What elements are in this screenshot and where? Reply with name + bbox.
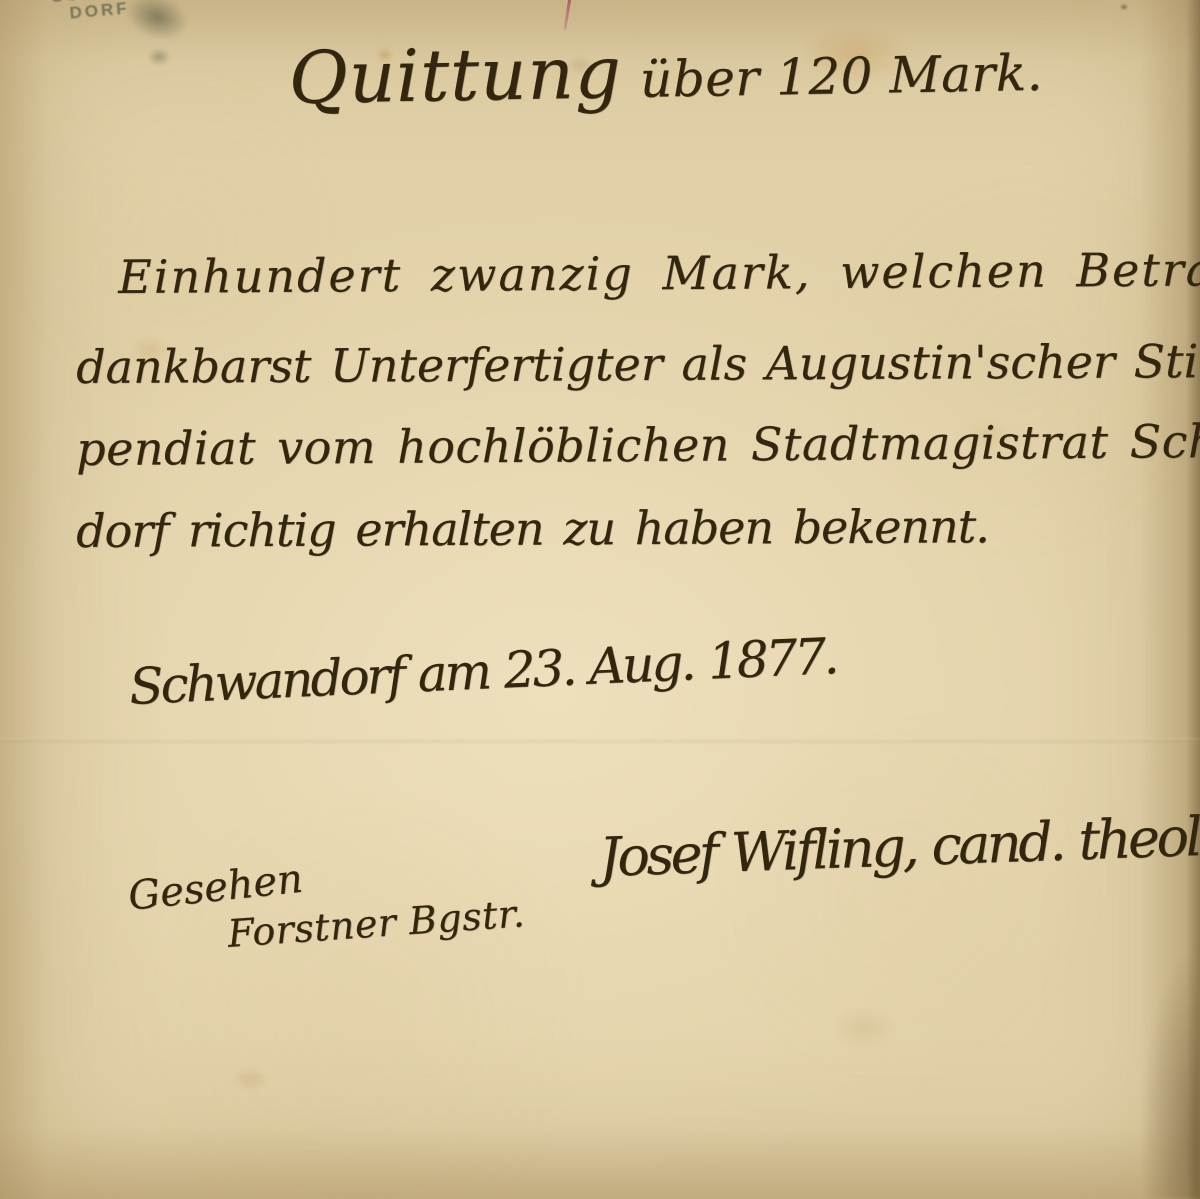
stamp-line: DORF bbox=[52, 0, 147, 24]
paper-texture bbox=[0, 0, 1200, 1199]
foxing-spot bbox=[820, 1000, 910, 1056]
red-pen-mark bbox=[563, 0, 571, 30]
dateline: Schwandorf am 23. Aug. 1877. bbox=[128, 627, 837, 716]
title-word-quittung: Quittung bbox=[288, 30, 623, 120]
document-title: Quittungüber 120 Mark. bbox=[288, 23, 1044, 120]
foxing-spot bbox=[226, 1062, 276, 1096]
stamp-speckle bbox=[142, 44, 176, 70]
scanned-receipt-page: SCHWAN DORF Quittungüber 120 Mark. Einhu… bbox=[0, 0, 1200, 1199]
paper-right-edge-shadow bbox=[1186, 0, 1200, 1199]
archive-stamp: SCHWAN DORF bbox=[51, 0, 147, 24]
foxing-spot bbox=[1118, 2, 1130, 12]
paper-corner-shadow bbox=[1130, 899, 1200, 1199]
stamp-smudge bbox=[107, 0, 207, 58]
title-amount: über 120 Mark. bbox=[639, 44, 1043, 109]
fold-crease bbox=[0, 738, 1200, 744]
body-line-1: Einhundert zwanzig Mark, welchen Betrag bbox=[118, 242, 1200, 304]
body-line-3: pendiat vom hochlöblichen Stadtmagistrat… bbox=[76, 413, 1200, 476]
stamp-line-partial: SCHWAN bbox=[51, 0, 146, 6]
signature: Josef Wifling, cand. theol. bbox=[598, 805, 1200, 889]
body-line-4: dorf richtig erhalten zu haben bekennt. bbox=[76, 499, 989, 558]
body-line-2: dankbarst Unterfertigter als Augustin'sc… bbox=[76, 334, 1200, 394]
paper-vignette bbox=[0, 0, 1200, 1199]
